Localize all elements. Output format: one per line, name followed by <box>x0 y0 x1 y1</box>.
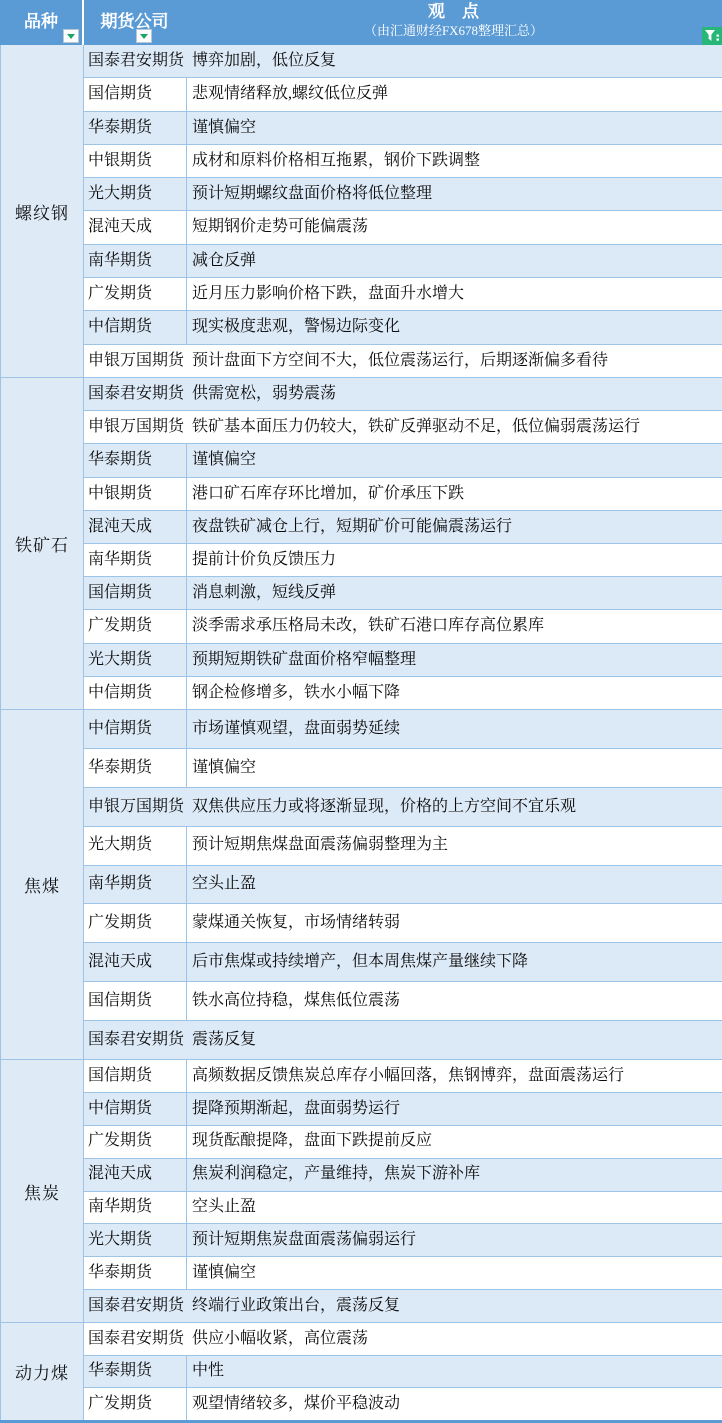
table-row[interactable]: 申银万国期货 铁矿基本面压力仍较大，铁矿反弹驱动不足，低位偏弱震荡运行 <box>84 411 722 444</box>
opinion-cell[interactable]: 减仓反弹 <box>187 245 722 277</box>
table-row[interactable]: 混沌天成 焦炭利润稳定，产量维持，焦炭下游补库 <box>84 1159 722 1192</box>
opinion-cell[interactable]: 谨慎偏空 <box>187 1257 722 1289</box>
table-row[interactable]: 中信期货 提降预期渐起，盘面弱势运行 <box>84 1093 722 1126</box>
variety-cell[interactable]: 动力煤 <box>1 1323 84 1420</box>
table-row[interactable]: 国泰君安期货 供应小幅收紧，高位震荡 <box>84 1323 722 1356</box>
company-cell[interactable]: 南华期货 <box>84 245 187 277</box>
variety-cell[interactable]: 焦煤 <box>1 710 84 1059</box>
company-cell[interactable]: 南华期货 <box>84 544 187 576</box>
variety-cell[interactable]: 螺纹钢 <box>1 45 84 377</box>
table-row[interactable]: 华泰期货 谨慎偏空 <box>84 1257 722 1290</box>
table-row[interactable]: 南华期货 减仓反弹 <box>84 245 722 278</box>
opinion-cell[interactable]: 供应小幅收紧，高位震荡 <box>187 1323 722 1355</box>
table-row[interactable]: 广发期货 淡季需求承压格局未改，铁矿石港口库存高位累库 <box>84 610 722 643</box>
company-cell[interactable]: 混沌天成 <box>84 211 187 243</box>
table-row[interactable]: 华泰期货 谨慎偏空 <box>84 112 722 145</box>
opinion-cell[interactable]: 博弈加剧，低位反复 <box>187 45 722 77</box>
table-row[interactable]: 中信期货 现实极度悲观，警惕边际变化 <box>84 311 722 344</box>
company-cell[interactable]: 光大期货 <box>84 644 187 676</box>
table-row[interactable]: 广发期货 现货酝酿提降，盘面下跌提前反应 <box>84 1126 722 1159</box>
opinion-cell[interactable]: 近月压力影响价格下跌，盘面升水增大 <box>187 278 722 310</box>
company-cell[interactable]: 混沌天成 <box>84 511 187 543</box>
opinion-cell[interactable]: 现实极度悲观，警惕边际变化 <box>187 311 722 343</box>
company-cell[interactable]: 中银期货 <box>84 478 187 510</box>
commodity-section-1: 螺纹钢 国泰君安期货 博弈加剧，低位反复 国信期货 悲观情绪释放,螺纹低位反弹 … <box>1 45 722 378</box>
opinion-cell[interactable]: 谨慎偏空 <box>187 112 722 144</box>
opinion-cell[interactable]: 谨慎偏空 <box>187 749 722 787</box>
table-row[interactable]: 华泰期货 中性 <box>84 1356 722 1389</box>
variety-column-label: 品种 <box>24 13 58 32</box>
opinion-cell[interactable]: 铁矿基本面压力仍较大，铁矿反弹驱动不足，低位偏弱震荡运行 <box>187 411 722 443</box>
company-cell[interactable]: 广发期货 <box>84 610 187 642</box>
variety-filter-dropdown-button[interactable] <box>63 29 79 43</box>
variety-label: 螺纹钢 <box>15 199 69 224</box>
opinion-cell[interactable]: 消息刺激，短线反弹 <box>187 577 722 609</box>
company-cell[interactable]: 中银期货 <box>84 145 187 177</box>
opinion-cell[interactable]: 空头止盈 <box>187 1192 722 1224</box>
table-row[interactable]: 国信期货 悲观情绪释放,螺纹低位反弹 <box>84 78 722 111</box>
commodity-section-4: 焦炭 国信期货 高频数据反馈焦炭总库存小幅回落，焦钢博弈，盘面震荡运行 中信期货… <box>1 1060 722 1323</box>
company-cell[interactable]: 中信期货 <box>84 1093 187 1125</box>
company-cell[interactable]: 南华期货 <box>84 866 187 904</box>
opinion-cell[interactable]: 现货酝酿提降，盘面下跌提前反应 <box>187 1126 722 1158</box>
table-row[interactable]: 国泰君安期货 终端行业政策出台，震荡反复 <box>84 1290 722 1322</box>
variety-label: 动力煤 <box>15 1359 69 1384</box>
table-row[interactable]: 华泰期货 谨慎偏空 <box>84 749 722 788</box>
table-row[interactable]: 中银期货 成材和原料价格相互拖累，钢价下跌调整 <box>84 145 722 178</box>
commodity-section-5: 动力煤 国泰君安期货 供应小幅收紧，高位震荡 华泰期货 中性 广发期货 观望情绪… <box>1 1323 722 1420</box>
table-row[interactable]: 申银万国期货 预计盘面下方空间不大，低位震荡运行，后期逐渐偏多看待 <box>84 345 722 377</box>
opinion-cell[interactable]: 预计盘面下方空间不大，低位震荡运行，后期逐渐偏多看待 <box>187 345 722 377</box>
opinion-column-title: 观 点 <box>428 3 479 22</box>
table-row[interactable]: 光大期货 预计短期焦煤盘面震荡偏弱整理为主 <box>84 827 722 866</box>
opinion-cell[interactable]: 港口矿石库存环比增加，矿价承压下跌 <box>187 478 722 510</box>
table-row[interactable]: 国泰君安期货 供需宽松，弱势震荡 <box>84 378 722 411</box>
table-row[interactable]: 南华期货 空头止盈 <box>84 1192 722 1225</box>
table-row[interactable]: 广发期货 近月压力影响价格下跌，盘面升水增大 <box>84 278 722 311</box>
variety-cell[interactable]: 焦炭 <box>1 1060 84 1322</box>
table-row[interactable]: 国信期货 高频数据反馈焦炭总库存小幅回落，焦钢博弈，盘面震荡运行 <box>84 1060 722 1093</box>
company-cell[interactable]: 广发期货 <box>84 1388 187 1420</box>
opinion-cell[interactable]: 谨慎偏空 <box>187 444 722 476</box>
table-row[interactable]: 华泰期货 谨慎偏空 <box>84 444 722 477</box>
company-cell[interactable]: 国泰君安期货 <box>84 1290 187 1322</box>
table-row[interactable]: 中信期货 钢企检修增多，铁水小幅下降 <box>84 677 722 709</box>
applied-filter-button[interactable] <box>702 27 722 45</box>
table-row[interactable]: 混沌天成 后市焦煤或持续增产，但本周焦煤产量继续下降 <box>84 943 722 982</box>
company-cell[interactable]: 广发期货 <box>84 904 187 942</box>
company-cell[interactable]: 申银万国期货 <box>84 788 187 826</box>
table-row[interactable]: 南华期货 提前计价负反馈压力 <box>84 544 722 577</box>
opinion-cell[interactable]: 夜盘铁矿减仓上行，短期矿价可能偏震荡运行 <box>187 511 722 543</box>
table-row[interactable]: 中银期货 港口矿石库存环比增加，矿价承压下跌 <box>84 478 722 511</box>
company-cell[interactable]: 广发期货 <box>84 278 187 310</box>
company-cell[interactable]: 南华期货 <box>84 1192 187 1224</box>
company-cell[interactable]: 国信期货 <box>84 577 187 609</box>
opinion-cell[interactable]: 提前计价负反馈压力 <box>187 544 722 576</box>
company-filter-dropdown-button[interactable] <box>136 29 152 43</box>
company-cell[interactable]: 国信期货 <box>84 1060 187 1092</box>
opinion-cell[interactable]: 提降预期渐起，盘面弱势运行 <box>187 1093 722 1125</box>
table-header: 品种 期货公司 观 点 （由汇通财经FX678整理汇总） <box>0 0 722 45</box>
company-cell[interactable]: 国泰君安期货 <box>84 1323 187 1355</box>
company-cell[interactable]: 中信期货 <box>84 311 187 343</box>
table-row[interactable]: 南华期货 空头止盈 <box>84 866 722 905</box>
commodity-section-3: 焦煤 中信期货 市场谨慎观望，盘面弱势延续 华泰期货 谨慎偏空 申银万国期货 双… <box>1 710 722 1060</box>
table-row[interactable]: 国泰君安期货 博弈加剧，低位反复 <box>84 45 722 78</box>
opinion-cell[interactable]: 中性 <box>187 1356 722 1388</box>
opinion-cell[interactable]: 供需宽松，弱势震荡 <box>187 378 722 410</box>
table-row[interactable]: 混沌天成 短期钢价走势可能偏震荡 <box>84 211 722 244</box>
table-row[interactable]: 混沌天成 夜盘铁矿减仓上行，短期矿价可能偏震荡运行 <box>84 511 722 544</box>
table-row[interactable]: 国泰君安期货 震荡反复 <box>84 1021 722 1059</box>
company-cell[interactable]: 华泰期货 <box>84 1257 187 1289</box>
opinion-cell[interactable]: 高频数据反馈焦炭总库存小幅回落，焦钢博弈，盘面震荡运行 <box>187 1060 722 1092</box>
table-row[interactable]: 国信期货 铁水高位持稳，煤焦低位震荡 <box>84 982 722 1021</box>
opinion-cell[interactable]: 后市焦煤或持续增产，但本周焦煤产量继续下降 <box>187 943 722 981</box>
company-cell[interactable]: 申银万国期货 <box>84 411 187 443</box>
opinion-cell[interactable]: 短期钢价走势可能偏震荡 <box>187 211 722 243</box>
chevron-down-icon <box>140 34 148 39</box>
opinion-cell[interactable]: 市场谨慎观望，盘面弱势延续 <box>187 710 722 748</box>
table-body: 螺纹钢 国泰君安期货 博弈加剧，低位反复 国信期货 悲观情绪释放,螺纹低位反弹 … <box>0 45 722 1420</box>
opinion-cell[interactable]: 预计短期螺纹盘面价格将低位整理 <box>187 178 722 210</box>
opinion-cell[interactable]: 预期短期铁矿盘面价格窄幅整理 <box>187 644 722 676</box>
opinion-cell[interactable]: 钢企检修增多，铁水小幅下降 <box>187 677 722 709</box>
opinion-cell[interactable]: 空头止盈 <box>187 866 722 904</box>
company-cell[interactable]: 申银万国期货 <box>84 345 187 377</box>
opinion-cell[interactable]: 焦炭利润稳定，产量维持，焦炭下游补库 <box>187 1159 722 1191</box>
company-column-label: 期货公司 <box>101 13 169 32</box>
table-row[interactable]: 广发期货 观望情绪较多，煤价平稳波动 <box>84 1388 722 1420</box>
opinion-cell[interactable]: 预计短期焦炭盘面震荡偏弱运行 <box>187 1224 722 1256</box>
opinion-cell[interactable]: 淡季需求承压格局未改，铁矿石港口库存高位累库 <box>187 610 722 642</box>
company-cell[interactable]: 国泰君安期货 <box>84 1021 187 1059</box>
chevron-down-icon <box>67 34 75 39</box>
company-cell[interactable]: 中信期货 <box>84 710 187 748</box>
opinion-column-subtitle: （由汇通财经FX678整理汇总） <box>364 23 543 40</box>
company-cell[interactable]: 国信期货 <box>84 982 187 1020</box>
variety-cell[interactable]: 铁矿石 <box>1 378 84 709</box>
opinion-cell[interactable]: 观望情绪较多，煤价平稳波动 <box>187 1388 722 1420</box>
opinion-cell[interactable]: 蒙煤通关恢复，市场情绪转弱 <box>187 904 722 942</box>
company-cell[interactable]: 中信期货 <box>84 677 187 709</box>
variety-label: 铁矿石 <box>15 531 69 556</box>
company-cell[interactable]: 广发期货 <box>84 1126 187 1158</box>
section-rows: 国信期货 高频数据反馈焦炭总库存小幅回落，焦钢博弈，盘面震荡运行 中信期货 提降… <box>84 1060 722 1322</box>
opinion-cell[interactable]: 终端行业政策出台，震荡反复 <box>187 1290 722 1322</box>
company-cell[interactable]: 华泰期货 <box>84 749 187 787</box>
header-cell-company[interactable]: 期货公司 <box>84 0 185 45</box>
section-rows: 国泰君安期货 供需宽松，弱势震荡 申银万国期货 铁矿基本面压力仍较大，铁矿反弹驱… <box>84 378 722 709</box>
company-cell[interactable]: 混沌天成 <box>84 943 187 981</box>
company-cell[interactable]: 国泰君安期货 <box>84 378 187 410</box>
opinion-cell[interactable]: 震荡反复 <box>187 1021 722 1059</box>
company-cell[interactable]: 光大期货 <box>84 827 187 865</box>
section-rows: 国泰君安期货 供应小幅收紧，高位震荡 华泰期货 中性 广发期货 观望情绪较多，煤… <box>84 1323 722 1420</box>
company-cell[interactable]: 华泰期货 <box>84 1356 187 1388</box>
header-cell-opinion[interactable]: 观 点 （由汇通财经FX678整理汇总） <box>185 0 722 45</box>
table-row[interactable]: 光大期货 预计短期螺纹盘面价格将低位整理 <box>84 178 722 211</box>
company-cell[interactable]: 华泰期货 <box>84 444 187 476</box>
opinion-cell[interactable]: 双焦供应压力或将逐渐显现，价格的上方空间不宜乐观 <box>187 788 722 826</box>
company-cell[interactable]: 光大期货 <box>84 1224 187 1256</box>
opinion-cell[interactable]: 铁水高位持稳，煤焦低位震荡 <box>187 982 722 1020</box>
table-row[interactable]: 国信期货 消息刺激，短线反弹 <box>84 577 722 610</box>
company-cell[interactable]: 国信期货 <box>84 78 187 110</box>
table-row[interactable]: 光大期货 预期短期铁矿盘面价格窄幅整理 <box>84 644 722 677</box>
commodity-section-2: 铁矿石 国泰君安期货 供需宽松，弱势震荡 申银万国期货 铁矿基本面压力仍较大，铁… <box>1 378 722 710</box>
section-rows: 国泰君安期货 博弈加剧，低位反复 国信期货 悲观情绪释放,螺纹低位反弹 华泰期货… <box>84 45 722 377</box>
company-cell[interactable]: 混沌天成 <box>84 1159 187 1191</box>
company-cell[interactable]: 国泰君安期货 <box>84 45 187 77</box>
company-cell[interactable]: 光大期货 <box>84 178 187 210</box>
section-rows: 中信期货 市场谨慎观望，盘面弱势延续 华泰期货 谨慎偏空 申银万国期货 双焦供应… <box>84 710 722 1059</box>
variety-label: 焦煤 <box>24 872 60 897</box>
futures-opinion-table: 品种 期货公司 观 点 （由汇通财经FX678整理汇总） 螺纹钢 国泰君安期货 <box>0 0 722 1423</box>
opinion-cell[interactable]: 预计短期焦煤盘面震荡偏弱整理为主 <box>187 827 722 865</box>
table-row[interactable]: 申银万国期货 双焦供应压力或将逐渐显现，价格的上方空间不宜乐观 <box>84 788 722 827</box>
table-row[interactable]: 广发期货 蒙煤通关恢复，市场情绪转弱 <box>84 904 722 943</box>
opinion-cell[interactable]: 成材和原料价格相互拖累，钢价下跌调整 <box>187 145 722 177</box>
table-row[interactable]: 光大期货 预计短期焦炭盘面震荡偏弱运行 <box>84 1224 722 1257</box>
opinion-cell[interactable]: 悲观情绪释放,螺纹低位反弹 <box>187 78 722 110</box>
table-row[interactable]: 中信期货 市场谨慎观望，盘面弱势延续 <box>84 710 722 749</box>
company-cell[interactable]: 华泰期货 <box>84 112 187 144</box>
funnel-icon <box>704 29 720 43</box>
variety-label: 焦炭 <box>24 1179 60 1204</box>
